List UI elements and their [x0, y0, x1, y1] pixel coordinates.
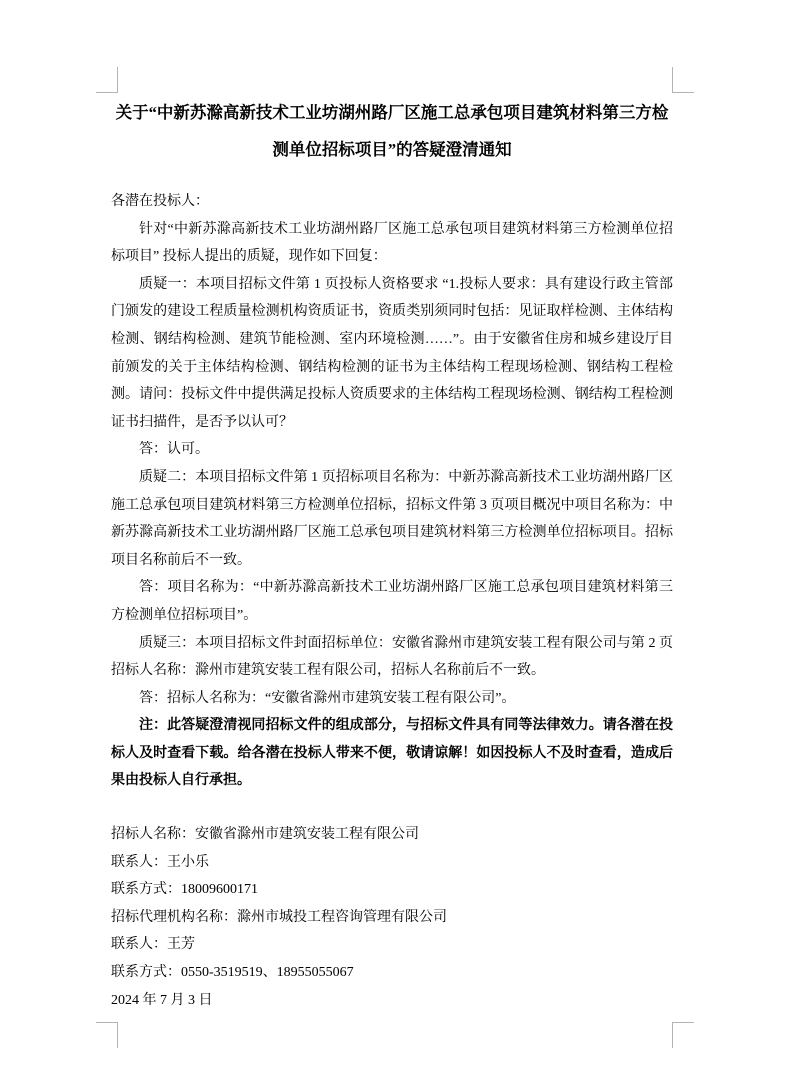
agency-name-line: 招标代理机构名称：滁州市城投工程咨询管理有限公司 [111, 904, 673, 932]
page-title-line-2: 测单位招标项目”的答疑澄清通知 [272, 140, 511, 159]
crop-mark-top-right [672, 67, 694, 93]
page-title: 关于“中新苏滁高新技术工业坊湖州路厂区施工总承包项目建筑材料第三方检 测单位招标… [111, 94, 673, 168]
salutation-line: 各潜在投标人： [111, 188, 673, 216]
legal-note-paragraph: 注：此答疑澄清视同招标文件的组成部分，与招标文件具有同等法律效力。请各潜在投标人… [111, 712, 673, 795]
question-3-paragraph: 质疑三：本项目招标文件封面招标单位：安徽省滁州市建筑安装工程有限公司与第 2 页… [111, 630, 673, 685]
answer-3-paragraph: 答：招标人名称为：“安徽省滁州市建筑安装工程有限公司”。 [111, 685, 673, 713]
crop-mark-top-left [96, 67, 118, 93]
tenderer-contact-line: 联系人：王小乐 [111, 849, 673, 877]
reply-intro-paragraph: 针对“中新苏滁高新技术工业坊湖州路厂区施工总承包项目建筑材料第三方检测单位招标项… [111, 216, 673, 271]
agency-phone-line: 联系方式：0550-3519519、18955055067 [111, 959, 673, 987]
question-1-paragraph: 质疑一：本项目招标文件第 1 页投标人资格要求 “1.投标人要求：具有建设行政主… [111, 271, 673, 437]
agency-contact-line: 联系人：王芳 [111, 931, 673, 959]
tenderer-name-line: 招标人名称：安徽省滁州市建筑安装工程有限公司 [111, 821, 673, 849]
document-page: 关于“中新苏滁高新技术工业坊湖州路厂区施工总承包项目建筑材料第三方检 测单位招标… [0, 0, 793, 1091]
answer-1-paragraph: 答：认可。 [111, 436, 673, 464]
notice-text: 各潜在投标人： 针对“中新苏滁高新技术工业坊湖州路厂区施工总承包项目建筑材料第三… [111, 188, 673, 1014]
crop-mark-bottom-left [96, 1022, 118, 1048]
answer-2-paragraph: 答：项目名称为：“中新苏滁高新技术工业坊湖州路厂区施工总承包项目建筑材料第三方检… [111, 574, 673, 629]
question-2-paragraph: 质疑二：本项目招标文件第 1 页招标项目名称为：中新苏滁高新技术工业坊湖州路厂区… [111, 464, 673, 574]
page-title-line-1: 关于“中新苏滁高新技术工业坊湖州路厂区施工总承包项目建筑材料第三方检 [116, 103, 669, 122]
contact-block: 招标人名称：安徽省滁州市建筑安装工程有限公司 联系人：王小乐 联系方式：1800… [111, 821, 673, 1014]
crop-mark-bottom-right [672, 1022, 694, 1048]
date-line: 2024 年 7 月 3 日 [111, 987, 673, 1015]
tenderer-phone-line: 联系方式：18009600171 [111, 876, 673, 904]
document-body: 关于“中新苏滁高新技术工业坊湖州路厂区施工总承包项目建筑材料第三方检 测单位招标… [111, 92, 673, 1014]
